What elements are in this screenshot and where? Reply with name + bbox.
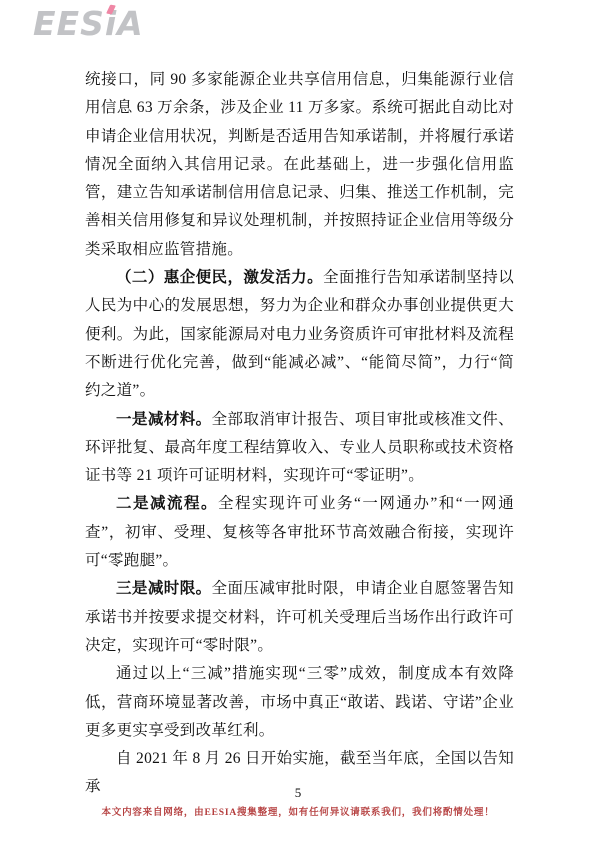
- eesia-logo: EESiA: [33, 4, 144, 44]
- paragraph: 二是减流程。全程实现许可业务“一网通办”和“一网通查”，初审、受理、复核等各审批…: [85, 490, 514, 575]
- paragraph-bold-lead: （二）惠企便民，激发活力。: [116, 269, 323, 286]
- document-page: EESiA 统接口，同 90 多家能源企业共享信用信息，归集能源行业信用信息 6…: [0, 0, 596, 842]
- paragraph: 统接口，同 90 多家能源企业共享信用信息，归集能源行业信用信息 63 万余条，…: [85, 66, 514, 264]
- document-body: 统接口，同 90 多家能源企业共享信用信息，归集能源行业信用信息 63 万余条，…: [85, 66, 514, 802]
- paragraph: （二）惠企便民，激发活力。全面推行告知承诺制坚持以人民为中心的发展思想，努力为企…: [85, 264, 514, 405]
- paragraph: 通过以上“三减”措施实现“三零”成效，制度成本有效降低，营商环境显著改善，市场中…: [85, 660, 514, 745]
- paragraph-bold-lead: 二是减流程。: [116, 495, 218, 512]
- footer-disclaimer: 本文内容来自网络，由EESIA搜集整理，如有任何异议请联系我们，我们将酌情处理！: [0, 804, 596, 818]
- logo-text-left: EES: [33, 4, 105, 43]
- logo-text-right: A: [117, 4, 144, 43]
- paragraph: 三是减时限。全面压减审批时限，申请企业自愿签署告知承诺书并按要求提交材料，许可机…: [85, 575, 514, 660]
- page-number: 5: [0, 785, 596, 801]
- logo-letter-i: i: [105, 4, 117, 44]
- paragraph-bold-lead: 一是减材料。: [116, 411, 212, 428]
- paragraph: 一是减材料。全部取消审计报告、项目审批或核准文件、环评批复、最高年度工程结算收入…: [85, 406, 514, 491]
- paragraph-bold-lead: 三是减时限。: [116, 580, 212, 597]
